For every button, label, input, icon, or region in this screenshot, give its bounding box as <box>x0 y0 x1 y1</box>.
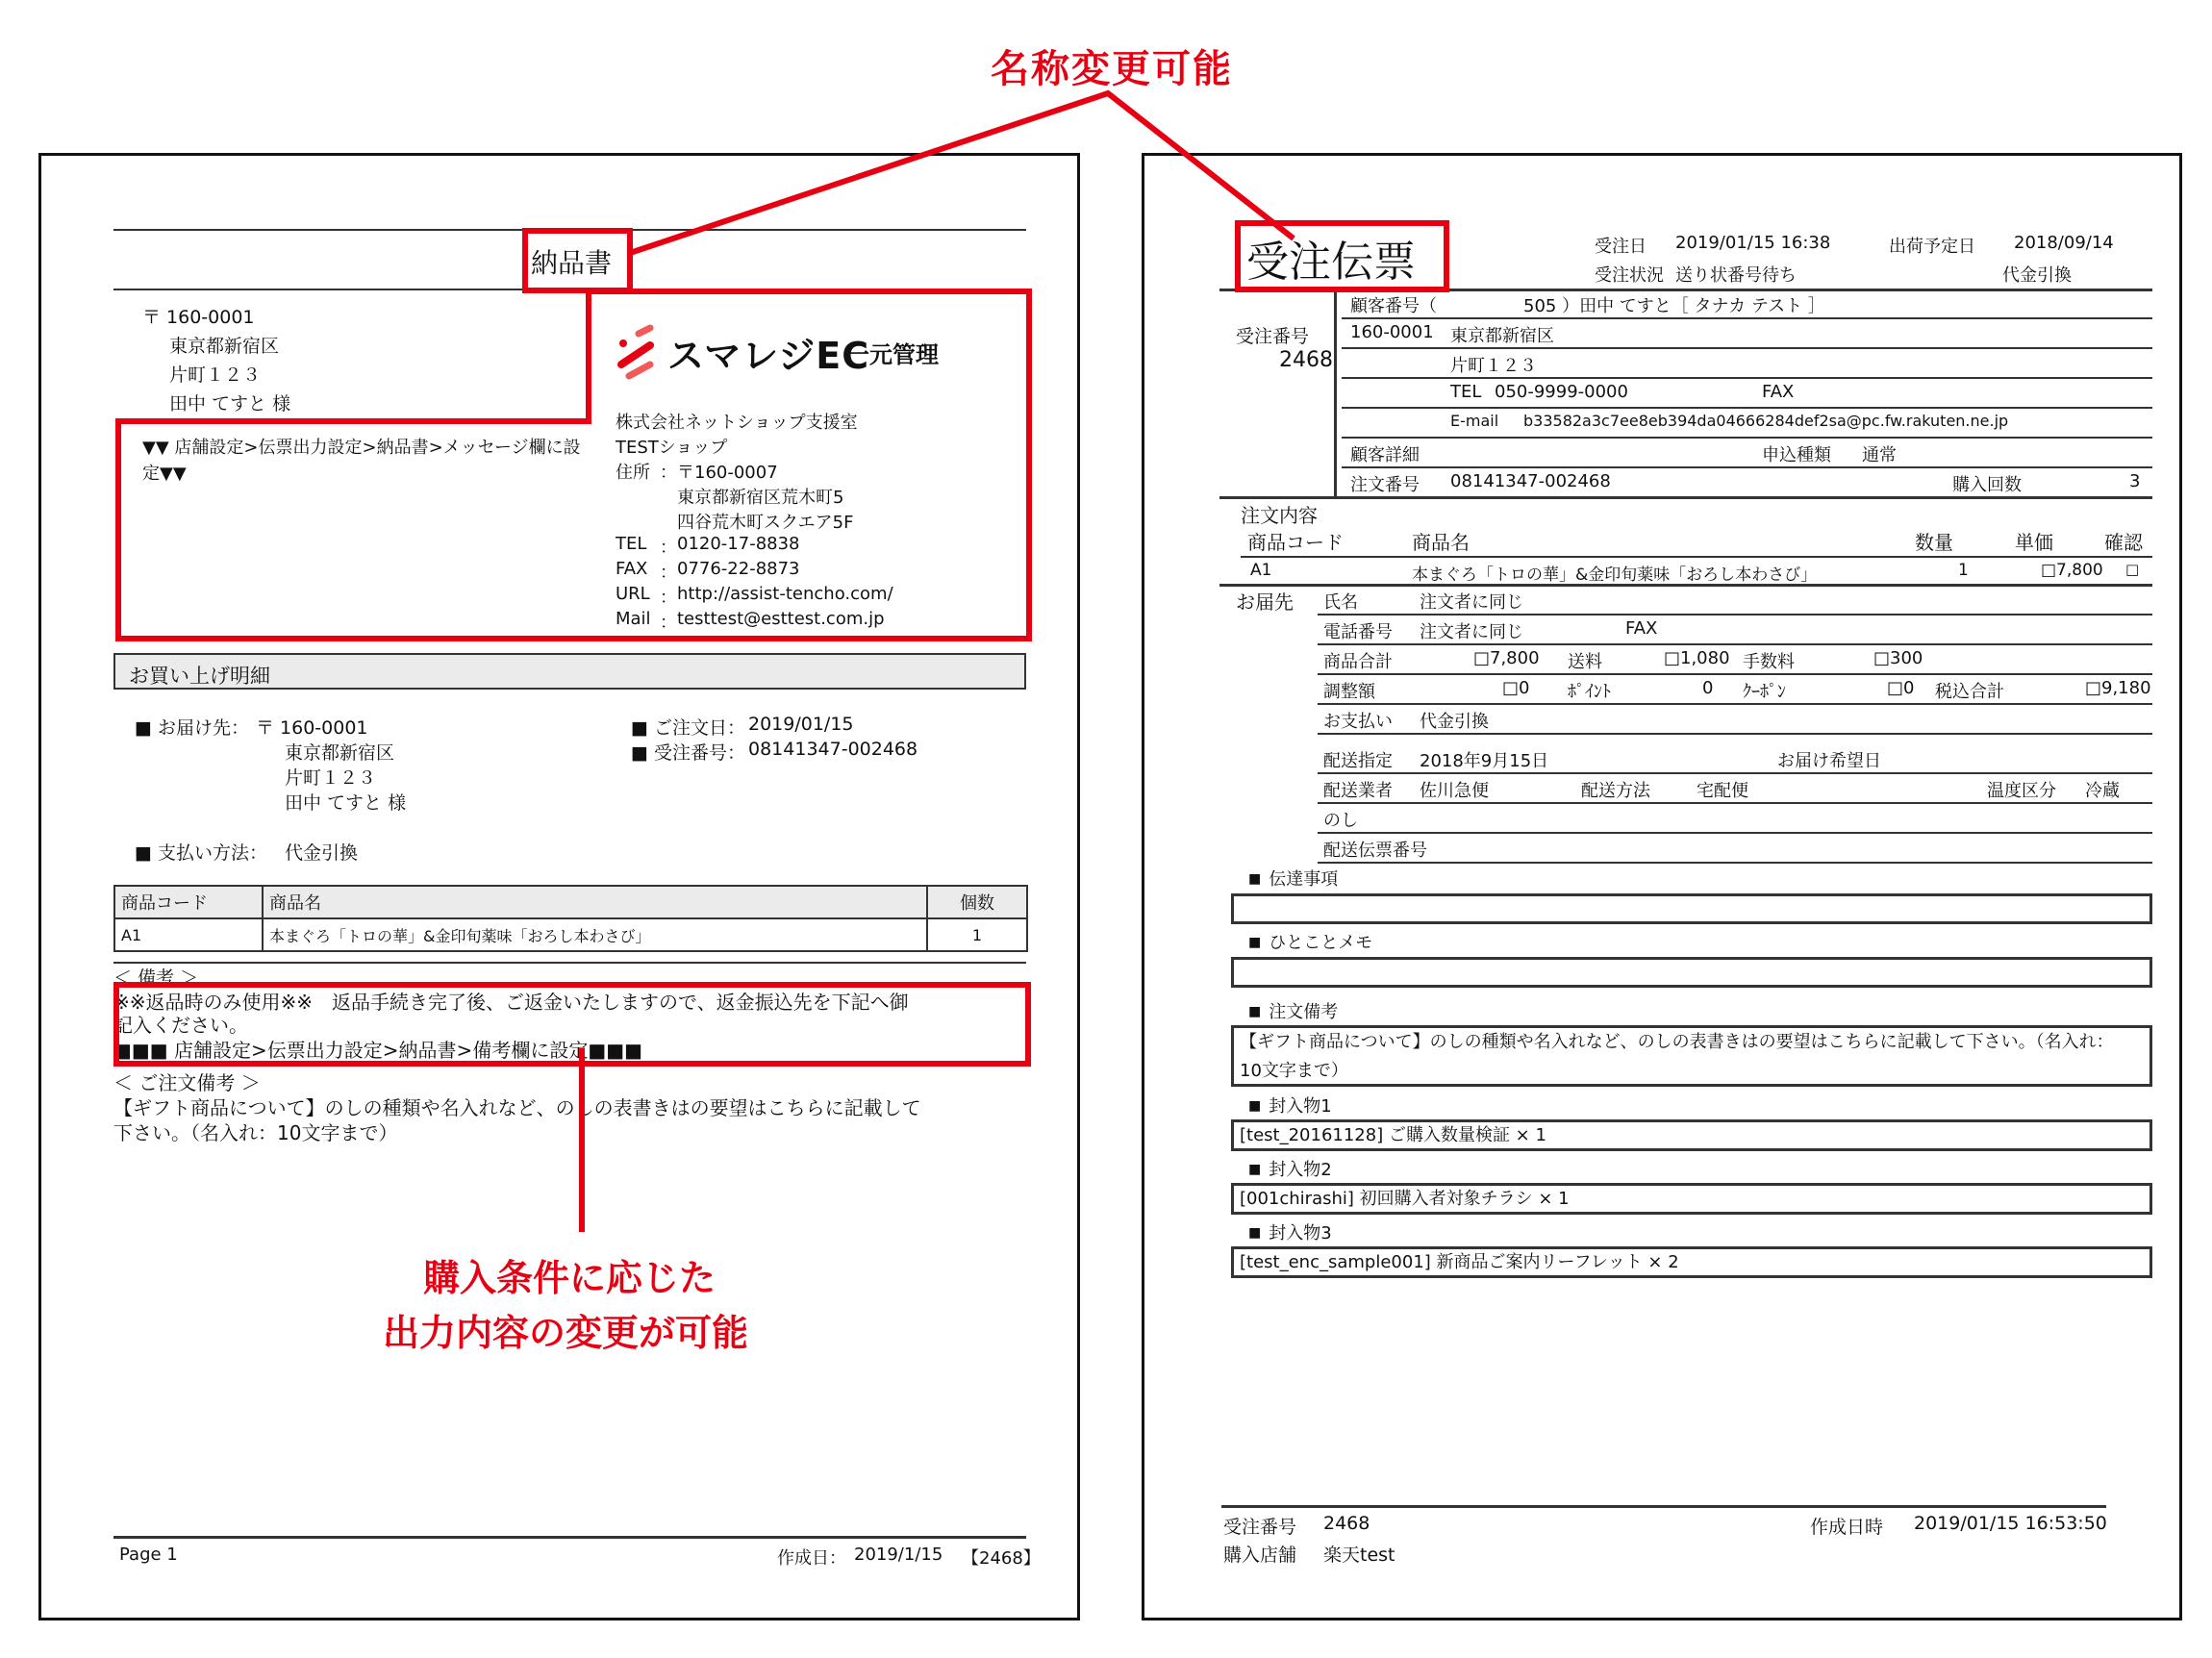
order-number-label: 注文番号 <box>1350 471 1420 496</box>
order-memo-line2: 10文字まで） <box>1240 1057 2144 1086</box>
temp-label: 温度区分 <box>1987 777 2056 802</box>
hitokoto-label: ひとことメモ <box>1248 929 1372 954</box>
desired-date-label: お届け希望日 <box>1777 747 1881 772</box>
recipient-postal: 〒 160-0001 <box>142 303 255 329</box>
col-name: 商品名 <box>263 886 927 918</box>
ship-to-address2: 片町１２３ <box>285 764 376 790</box>
logo-brand: スマレジEC <box>667 326 869 379</box>
fee: □300 <box>1873 648 1923 668</box>
footer-created-label: 作成日時 <box>1810 1513 1883 1539</box>
noshi-label: のし <box>1323 807 1358 832</box>
rule <box>1342 466 2152 468</box>
ship-to-address1: 東京都新宿区 <box>285 739 394 765</box>
rule <box>1241 556 2152 558</box>
rule <box>1318 673 2152 675</box>
recipient-address1: 東京都新宿区 <box>169 332 279 358</box>
order-memo-box: 【ギフト商品について】のしの種類や名入れなど、のしの表書きはの要望はこちらに記載… <box>1231 1025 2152 1087</box>
table-row: A1 本まぐろ「トロの華」&金印旬薬味「おろし本わさび」 1 <box>114 918 1027 951</box>
carrier: 佐川急便 <box>1420 777 1489 802</box>
shop-address-postal: 〒160-0007 <box>677 459 778 484</box>
rule <box>1219 584 2152 587</box>
colon: ： <box>660 609 677 634</box>
rule <box>1342 347 2152 349</box>
customer-no-label: 顧客番号（ <box>1350 292 1437 317</box>
message-text: ▼▼ 店舗設定>伝票出力設定>納品書>メッセージ欄に設定▼▼ <box>142 438 581 484</box>
delivery-name: 注文者に同じ <box>1420 589 1523 614</box>
ship-to-postal: 〒 160-0001 <box>256 714 368 740</box>
order-no-label: ■ 受注番号： <box>631 739 745 765</box>
footer-order-no: 2468 <box>1323 1513 1370 1534</box>
purchase-count-label: 購入回数 <box>1952 471 2022 496</box>
col-code: 商品コード <box>114 886 263 918</box>
coupon-label: ｸｰﾎﾟﾝ <box>1743 678 1786 703</box>
order-number: 08141347-002468 <box>1450 471 1611 491</box>
annotation-bottom-label-2: 出力内容の変更が可能 <box>383 1303 748 1356</box>
customer-tel: 050-9999-0000 <box>1495 382 1628 402</box>
enclosure1-text: [test_20161128] ご購入数量検証 × 1 <box>1240 1125 1546 1145</box>
shop-address-line1: 東京都新宿区荒木町5 <box>677 484 843 509</box>
footer-created: 2019/01/15 16:53:50 <box>1914 1513 2107 1534</box>
rule <box>1334 289 1337 498</box>
table-header-row: 商品コード 商品名 個数 <box>114 886 1027 918</box>
shop-company: 株式会社ネットショップ支援室 <box>616 409 858 434</box>
enclosure1-box: [test_20161128] ご購入数量検証 × 1 <box>1231 1119 2152 1151</box>
payment-method: 代金引換 <box>285 839 358 865</box>
purchase-details-title: お買い上げ明細 <box>129 665 270 688</box>
customer-postal: 160-0001 <box>1350 322 1434 342</box>
col-qty: 数量 <box>1915 527 1953 555</box>
shop-mail[interactable]: testtest@esttest.com.jp <box>677 609 885 629</box>
col-check: 確認 <box>2104 527 2143 555</box>
temp: 冷蔵 <box>2085 777 2120 802</box>
delivery-name-label: 氏名 <box>1323 589 1358 614</box>
total: □9,180 <box>2085 678 2151 698</box>
shipping-label: 送料 <box>1568 648 1602 673</box>
title-highlight-left <box>522 228 633 293</box>
customer-email[interactable]: b33582a3c7ee8eb394da04666284def2sa@pc.fw… <box>1523 412 2008 430</box>
logo-mark-icon <box>616 324 656 380</box>
rule <box>1318 772 2152 774</box>
col-name: 商品名 <box>1412 527 1470 555</box>
method-label: 配送方法 <box>1581 777 1650 802</box>
shop-name: TESTショップ <box>616 434 727 459</box>
footer-shop: 楽天test <box>1323 1541 1395 1567</box>
col-code: 商品コード <box>1247 527 1344 555</box>
enclosure3-label: 封入物3 <box>1248 1219 1332 1244</box>
enclosure2-box: [001chirashi] 初回購入者対象チラシ × 1 <box>1231 1183 2152 1215</box>
logo-suffix: 一元管理 <box>846 336 939 369</box>
tracking-label: 配送伝票番号 <box>1323 837 1427 862</box>
notice-label: 伝達事項 <box>1248 866 1338 891</box>
order-memo-line1: 【ギフト商品について】のしの種類や名入れなど、のしの表書きはの要望はこちらに記載… <box>1240 1028 2144 1057</box>
status-value: 送り状番号待ち <box>1675 262 1797 287</box>
order-ref: 【2468】 <box>962 1545 1041 1570</box>
rule <box>1318 643 2152 645</box>
customer-detail-label: 顧客詳細 <box>1350 441 1420 466</box>
rule <box>1318 832 2152 834</box>
customer-email-label: E-mail <box>1450 412 1498 430</box>
recipient-address2: 片町１２３ <box>169 361 261 387</box>
shipping: □1,080 <box>1664 648 1730 668</box>
customer-address1: 東京都新宿区 <box>1450 322 1554 347</box>
carrier-label: 配送業者 <box>1323 777 1393 802</box>
apply-type: 通常 <box>1862 441 1897 466</box>
footer-rule <box>113 1536 1026 1539</box>
ship-to-label: ■ お届け先： <box>135 714 249 740</box>
item-price: □7,800 <box>2041 561 2103 580</box>
ship-spec: 2018年9月15日 <box>1420 747 1548 772</box>
ship-to-name: 田中 てすと 様 <box>285 789 406 815</box>
col-price: 単価 <box>2015 527 2053 555</box>
shop-address-line2: 四谷荒木町スクエア5F <box>677 509 853 534</box>
order-memo-line1: 【ギフト商品について】のしの種類や名入れなど、のしの表書きはの要望はこちらに記載… <box>113 1093 921 1120</box>
delivery-phone: 注文者に同じ <box>1420 618 1523 643</box>
shop-tel-label: TEL <box>616 534 646 554</box>
payment: 代金引換 <box>1420 708 1489 733</box>
enclosure1-label: 封入物1 <box>1248 1093 1332 1118</box>
customer-no: 505 ）田中 てすと［ タナカ テスト ］ <box>1523 292 1825 317</box>
delivery-fax-label: FAX <box>1625 618 1657 639</box>
rule <box>1318 614 2152 615</box>
point: 0 <box>1702 678 1713 698</box>
fee-label: 手数料 <box>1743 648 1795 673</box>
total-label: 税込合計 <box>1935 678 2004 703</box>
enclosure2-label: 封入物2 <box>1248 1156 1332 1181</box>
item-name: 本まぐろ「トロの華」&金印旬薬味「おろし本わさび」 <box>1412 561 1817 585</box>
rule <box>1318 802 2152 804</box>
rule <box>1342 407 2152 409</box>
adjust-label: 調整額 <box>1323 678 1375 703</box>
order-memo-line2: 下さい。（名入れ：10文字まで） <box>113 1118 397 1145</box>
order-date-label: 受注日 <box>1595 233 1646 258</box>
rule <box>1318 862 2152 864</box>
customer-address2: 片町１２３ <box>1450 352 1537 377</box>
order-memo-heading: ＜ ご注文備考 ＞ <box>113 1068 261 1095</box>
colon: ： <box>660 584 677 609</box>
enclosure3-box: [test_enc_sample001] 新商品ご案内リーフレット × 2 <box>1231 1246 2152 1278</box>
enclosure2-text: [001chirashi] 初回購入者対象チラシ × 1 <box>1240 1189 1570 1209</box>
order-date-label: ■ ご注文日： <box>631 714 745 740</box>
method: 宅配便 <box>1697 777 1748 802</box>
customer-fax-label: FAX <box>1762 382 1794 402</box>
page-number: Page 1 <box>119 1545 178 1565</box>
rule <box>1318 703 2152 705</box>
order-no-label: 受注番号 <box>1236 322 1309 348</box>
items-table: 商品コード 商品名 個数 A1 本まぐろ「トロの華」&金印旬薬味「おろし本わさび… <box>113 885 1028 952</box>
footer-shop-label: 購入店舗 <box>1223 1541 1296 1567</box>
rule <box>1342 437 2152 439</box>
title-highlight-right <box>1235 220 1449 292</box>
order-no: 2468 <box>1279 348 1333 372</box>
order-memo-label: 注文備考 <box>1248 998 1338 1023</box>
rule <box>1318 733 2152 735</box>
status-label: 受注状況 <box>1595 262 1664 287</box>
shop-address-label: 住所 <box>616 459 650 484</box>
colon: ： <box>660 559 677 584</box>
rule <box>1342 317 2152 319</box>
payment-method: 代金引換 <box>2002 262 2072 287</box>
annotation-bottom-label-1: 購入条件に応じた <box>423 1248 716 1301</box>
footer-rule <box>1221 1505 2106 1508</box>
item-code: A1 <box>1250 561 1271 580</box>
recipient-name: 田中 てすと 様 <box>169 389 290 415</box>
created-label: 作成日： <box>777 1545 846 1570</box>
customer-tel-label: TEL <box>1450 382 1481 402</box>
colon: ： <box>660 534 677 559</box>
ship-spec-label: 配送指定 <box>1323 747 1393 772</box>
subtotal: □7,800 <box>1473 648 1540 668</box>
cell-qty: 1 <box>927 918 1027 951</box>
colon: ： <box>660 459 677 484</box>
order-date: 2019/01/15 16:38 <box>1675 233 1830 253</box>
payment-label: お支払い <box>1323 708 1393 733</box>
order-no: 08141347-002468 <box>748 739 917 760</box>
shop-fax-label: FAX <box>616 559 647 579</box>
ship-plan-label: 出荷予定日 <box>1889 233 1975 258</box>
col-qty: 個数 <box>927 886 1027 918</box>
purchase-count: 3 <box>2129 471 2140 491</box>
purchase-details-bar: お買い上げ明細 <box>113 653 1026 690</box>
payment-label: ■ 支払い方法： <box>135 839 267 865</box>
notice-box <box>1231 893 2152 924</box>
point-label: ﾎﾟｲﾝﾄ <box>1568 678 1611 703</box>
apply-type-label: 申込種類 <box>1762 441 1831 466</box>
item-check-box[interactable]: □ <box>2125 561 2139 578</box>
subtotal-label: 商品合計 <box>1323 648 1393 673</box>
ship-plan: 2018/09/14 <box>2014 233 2114 253</box>
footer-order-no-label: 受注番号 <box>1223 1513 1296 1539</box>
delivery-phone-label: 電話番号 <box>1323 618 1393 643</box>
enclosure3-text: [test_enc_sample001] 新商品ご案内リーフレット × 2 <box>1240 1252 1679 1272</box>
delivery-heading: お届先 <box>1236 587 1294 615</box>
item-qty: 1 <box>1958 561 1969 580</box>
coupon: □0 <box>1887 678 1914 698</box>
cell-name: 本まぐろ「トロの華」&金印旬薬味「おろし本わさび」 <box>263 918 927 951</box>
shop-mail-label: Mail <box>616 609 651 629</box>
header-bottom-rule <box>113 289 537 290</box>
remarks-rule <box>113 962 1026 964</box>
contents-heading: 注文内容 <box>1241 500 1318 528</box>
shop-url[interactable]: http://assist-tencho.com/ <box>677 584 893 604</box>
rule <box>1219 496 2152 499</box>
annotation-top-label: 名称変更可能 <box>991 38 1233 93</box>
shop-fax: 0776-22-8873 <box>677 559 800 579</box>
shop-tel: 0120-17-8838 <box>677 534 800 554</box>
order-date: 2019/01/15 <box>748 714 854 735</box>
message-field: ▼▼ 店舗設定>伝票出力設定>納品書>メッセージ欄に設定▼▼ <box>142 435 585 487</box>
adjust: □0 <box>1502 678 1529 698</box>
created-date: 2019/1/15 <box>854 1545 943 1565</box>
remarks-highlight <box>113 982 1031 1067</box>
cell-code: A1 <box>114 918 263 951</box>
hitokoto-box <box>1231 957 2152 988</box>
rule <box>1342 377 2152 379</box>
shop-url-label: URL <box>616 584 650 604</box>
